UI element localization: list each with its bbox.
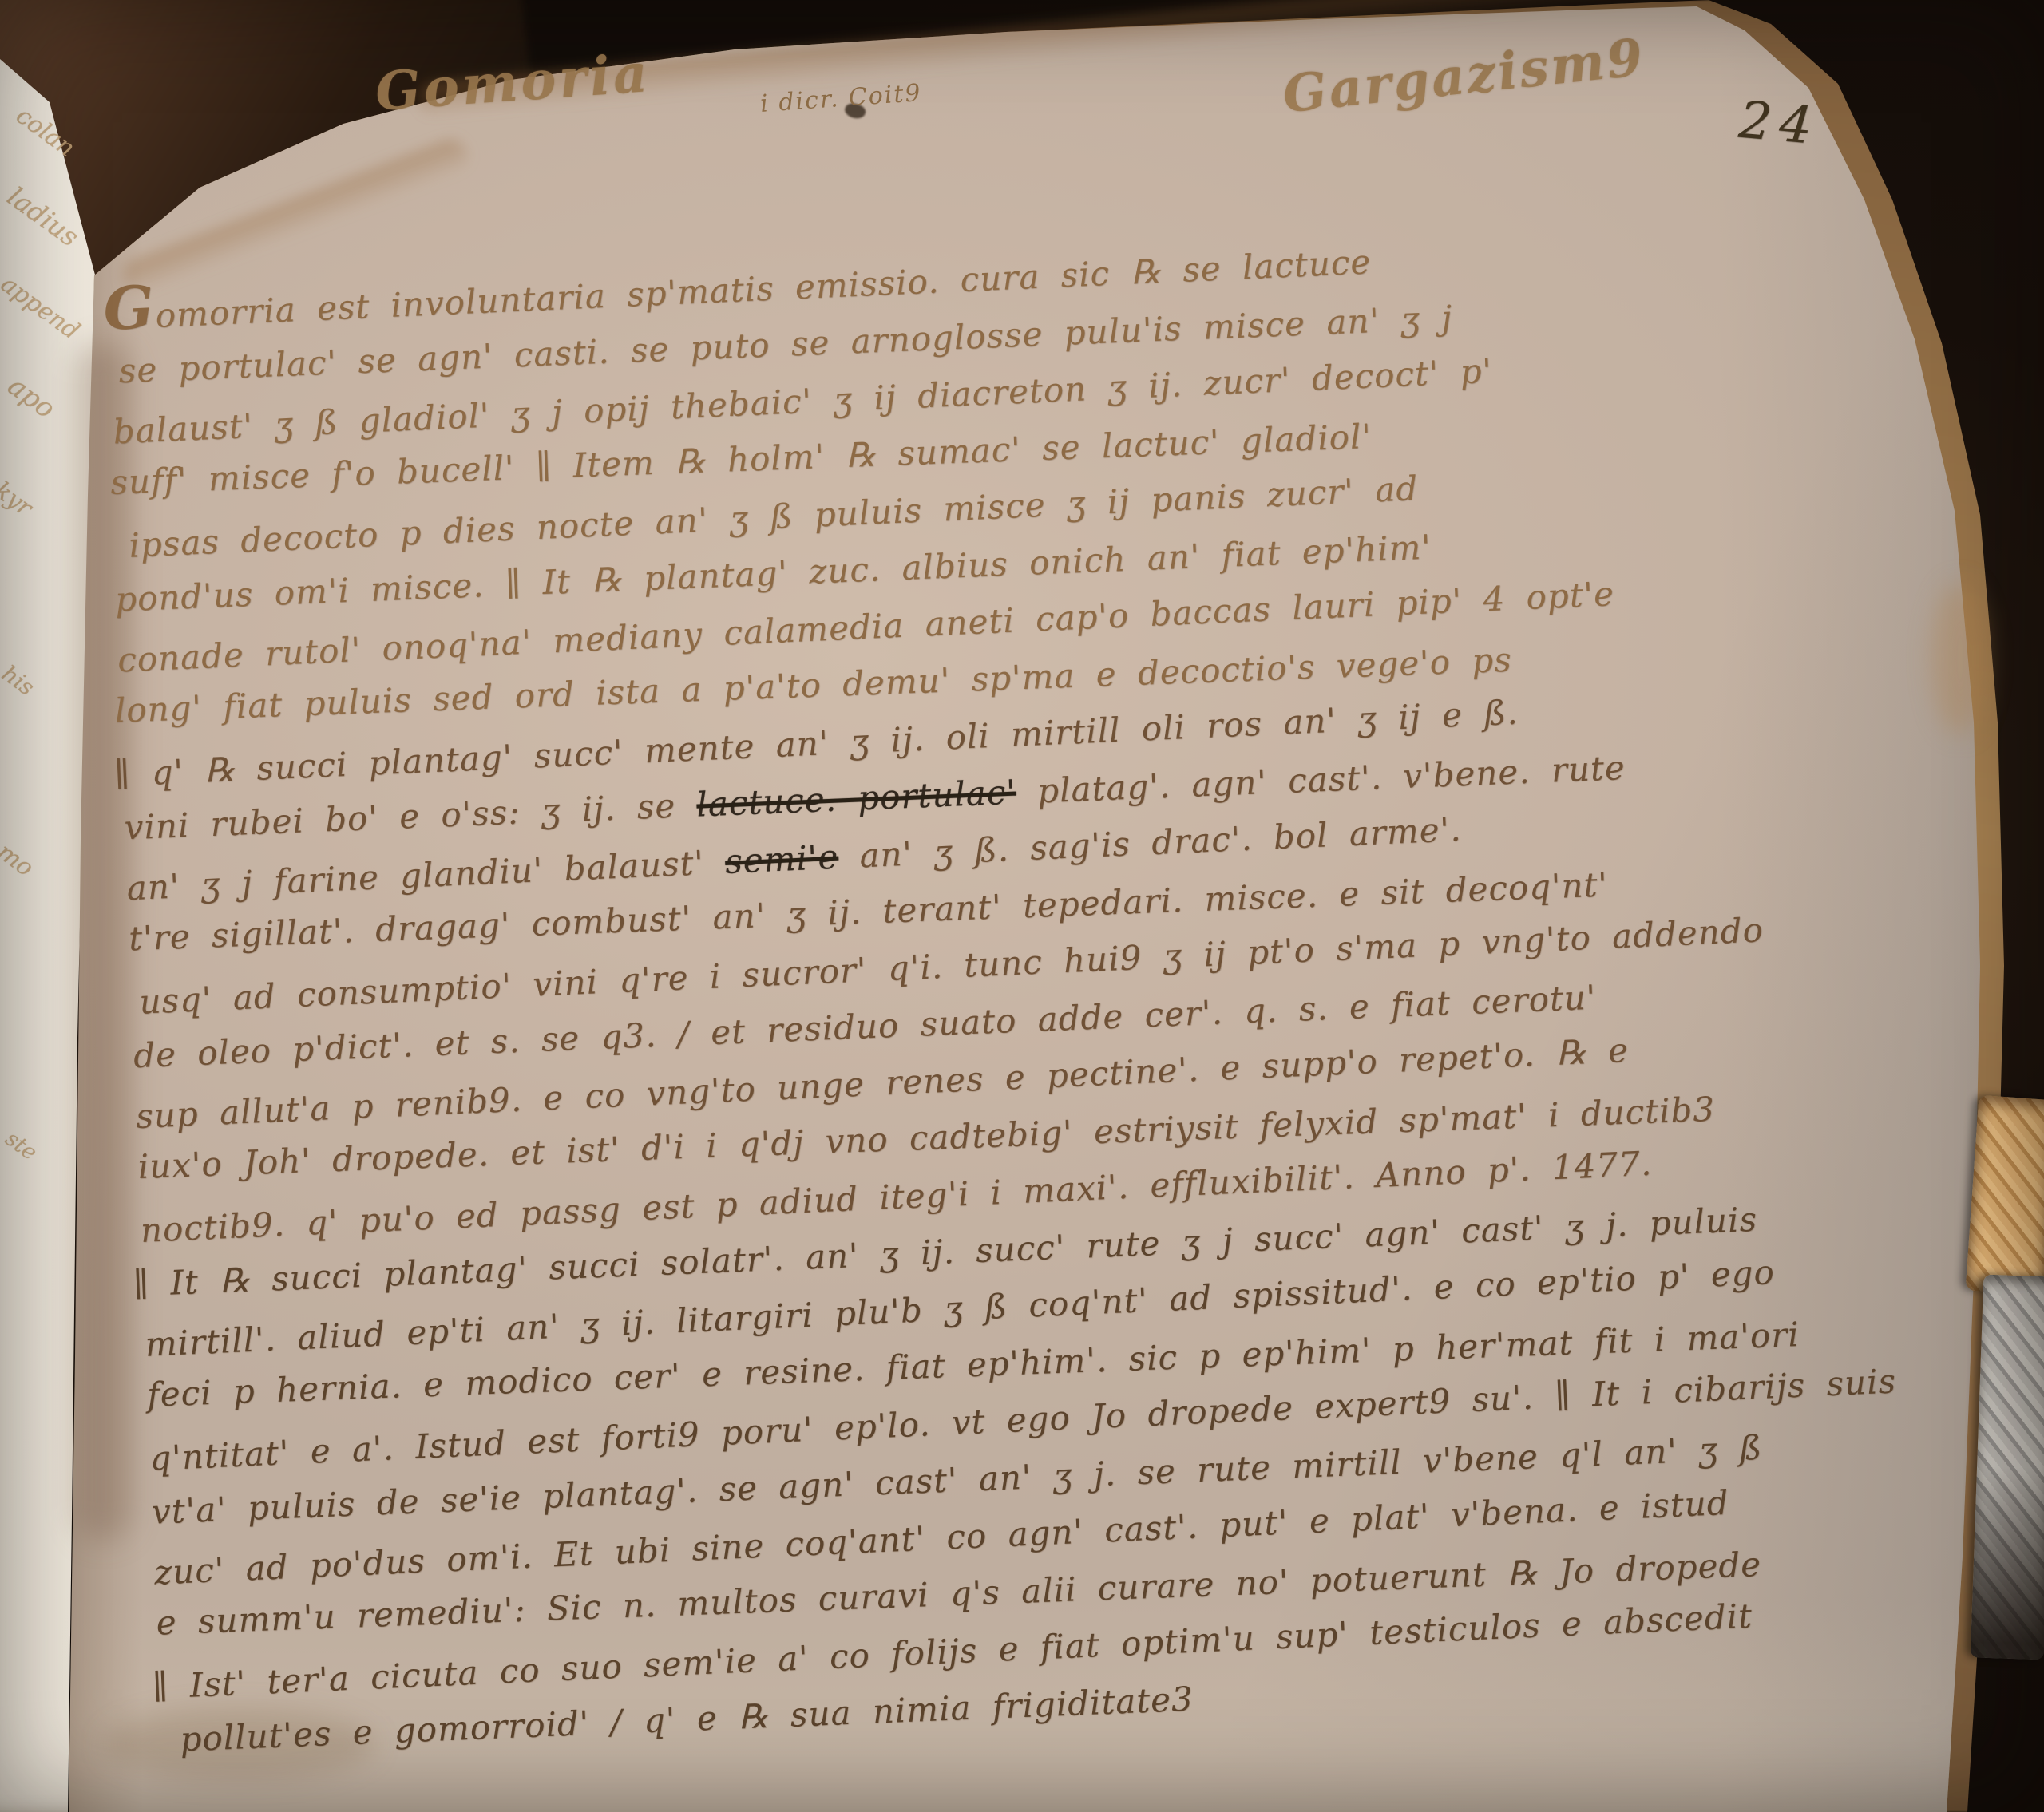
marginalia-fragment: apo xyxy=(2,370,61,425)
marginalia-fragment: kyr xyxy=(0,477,38,522)
struck-text: lactuce. portulac' xyxy=(695,772,1016,824)
manuscript-body: Gomorria est involuntaria sp'matis emiss… xyxy=(102,205,1973,1769)
marginalia-fragment: ste xyxy=(1,1126,42,1165)
manuscript-photo: colanladiusappendapokyrhismoste Gomoria … xyxy=(0,0,2044,1812)
marginalia-fragment: his xyxy=(0,660,39,701)
folio-number: 24 xyxy=(1737,91,1823,157)
woven-band-orange xyxy=(1966,1095,2044,1296)
woven-band-gray xyxy=(1971,1275,2044,1660)
marginalia-fragment: mo xyxy=(0,838,38,883)
marginalia-fragment: append xyxy=(0,270,85,345)
struck-text: semi'e xyxy=(724,837,839,881)
marginalia-fragment: colan xyxy=(11,101,81,162)
marginalia-fragment: ladius xyxy=(2,180,85,252)
